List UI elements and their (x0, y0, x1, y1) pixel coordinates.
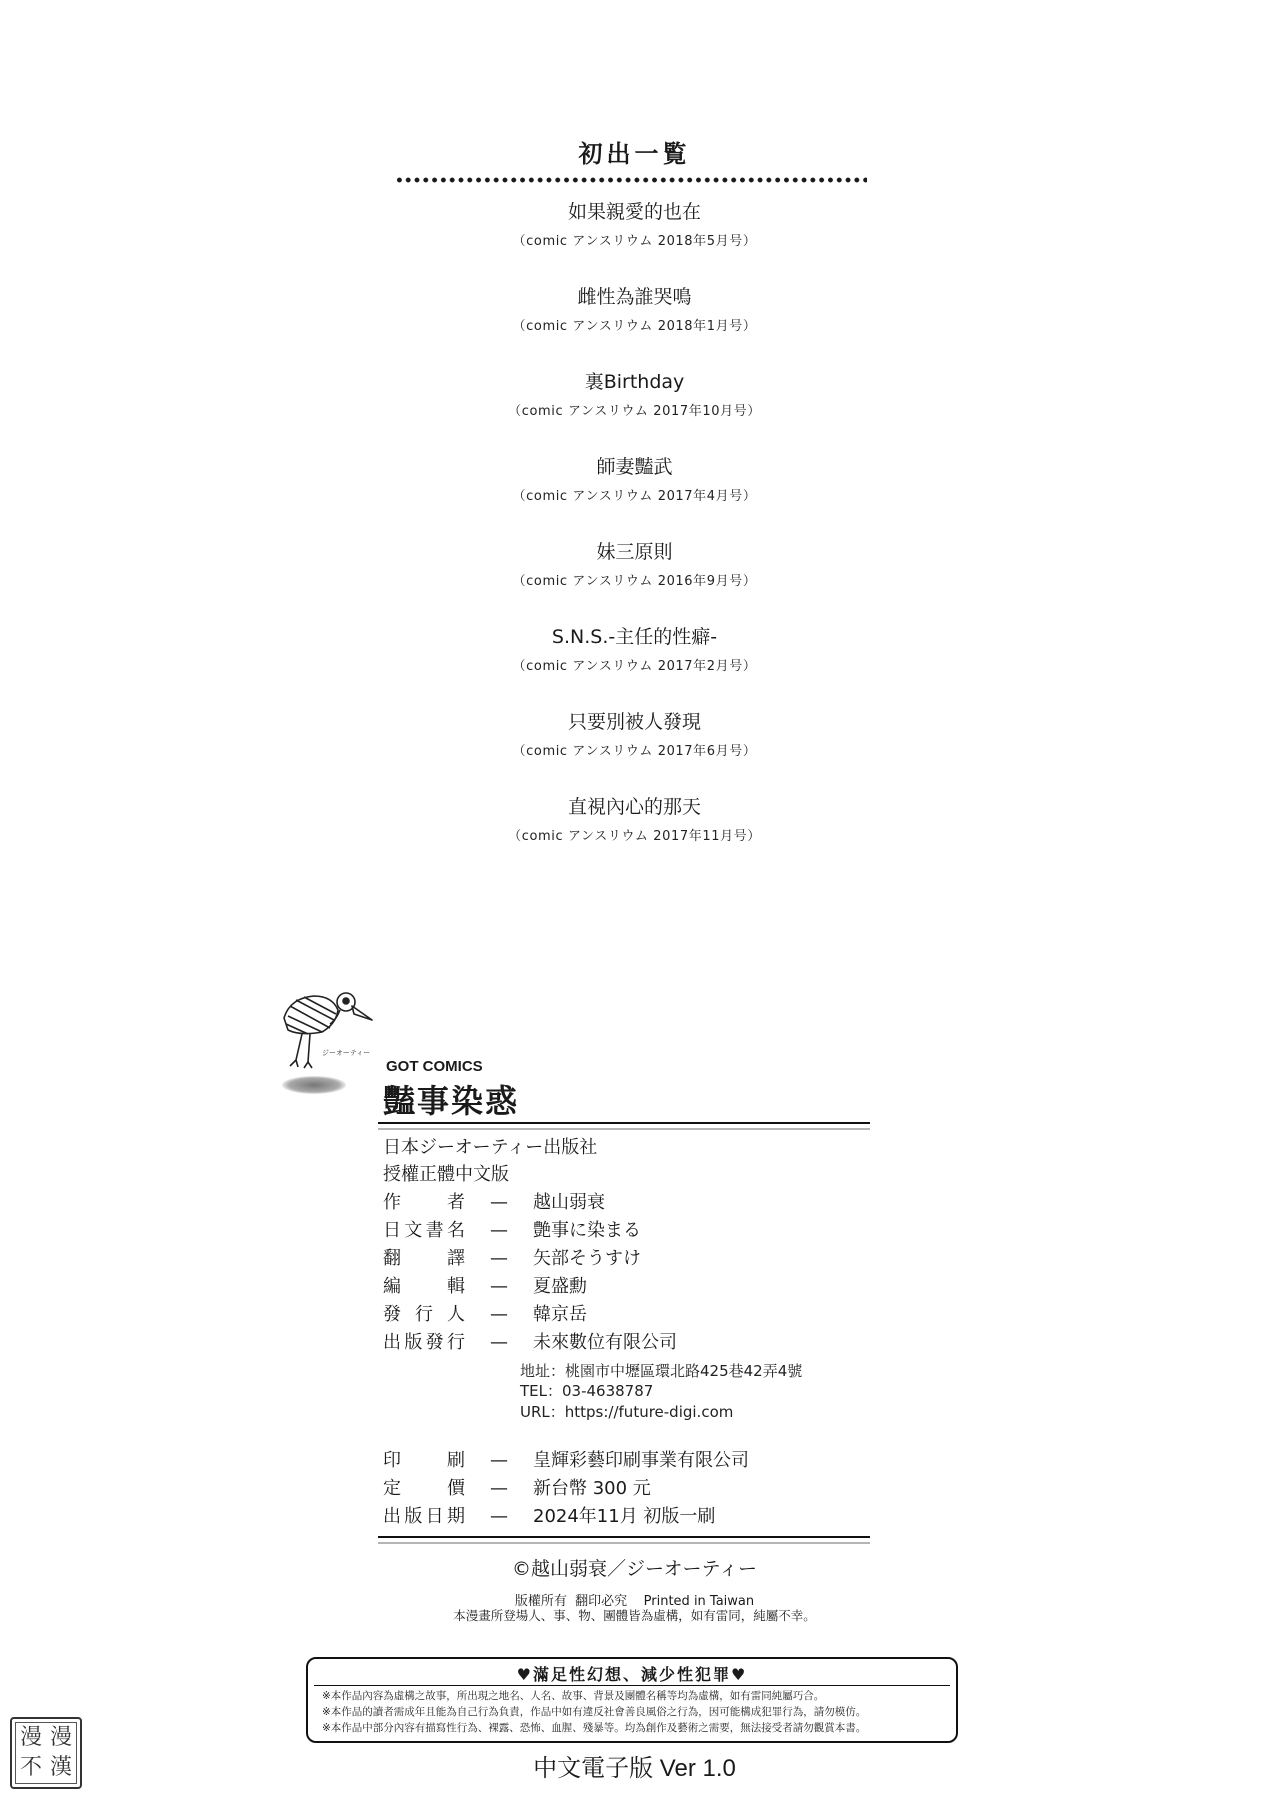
credit-row: 定價—新台幣 300 元 (383, 1478, 651, 1500)
warning-line: ※本作品中部分內容有描寫性行為、裸露、恐怖、血腥、殘暴等。均為創作及藝術之需要，… (322, 1721, 866, 1736)
appearance-entry: S.N.S.-主任的性癖- （comic アンスリウム 2017年2月号） (0, 625, 1269, 676)
version-label: 中文電子版 Ver 1.0 (0, 1748, 1269, 1783)
warning-divider (314, 1685, 950, 1686)
dotted-divider (395, 177, 867, 183)
credit-value: 韓京岳 (533, 1304, 587, 1325)
first-appearance-heading: 初出一覧 (0, 134, 1269, 169)
credit-label: 翻譯 (383, 1248, 465, 1270)
entry-title: 師妻豔武 (0, 455, 1269, 479)
seal-stamp-icon: 漫 漫 不 漢 (10, 1717, 82, 1789)
credit-value: 夏盛勳 (533, 1276, 587, 1297)
book-title: 豔事染惑 (383, 1076, 519, 1122)
copyright-line: ©越山弱衰／ジーオーティー (0, 1554, 1269, 1581)
credit-value: 艶事に染まる (533, 1220, 641, 1241)
appearance-entry: 只要別被人發現 （comic アンスリウム 2017年6月号） (0, 710, 1269, 761)
credit-dash: — (465, 1248, 533, 1270)
entry-title: 裏Birthday (0, 370, 1269, 394)
credit-dash: — (465, 1220, 533, 1242)
appearance-entry: 直視內心的那天 （comic アンスリウム 2017年11月号） (0, 795, 1269, 846)
double-divider (378, 1122, 870, 1130)
entry-title: S.N.S.-主任的性癖- (0, 625, 1269, 649)
credit-value: 未來數位有限公司 (533, 1332, 677, 1353)
entry-source: （comic アンスリウム 2017年4月号） (0, 488, 1269, 506)
credit-row: 翻譯—矢部そうすけ (383, 1248, 641, 1270)
publisher-url[interactable]: URL：https://future-digi.com (520, 1403, 733, 1421)
entry-title: 直視內心的那天 (0, 795, 1269, 819)
warning-line: ※本作品內容為虛構之故事，所出現之地名、人名、故事、背景及團體名稱等均為虛構，如… (322, 1689, 824, 1704)
credit-row: 印刷—皇輝彩藝印刷事業有限公司 (383, 1450, 749, 1472)
credit-dash: — (465, 1506, 533, 1528)
publisher-address: 地址：桃園市中壢區環北路425巷42弄4號 (520, 1362, 802, 1380)
license-note: 授權正體中文版 (383, 1164, 509, 1186)
credit-row: 出版發行—未來數位有限公司 (383, 1332, 677, 1354)
credit-value: 皇輝彩藝印刷事業有限公司 (533, 1450, 749, 1471)
entry-source: （comic アンスリウム 2017年11月号） (0, 828, 1269, 846)
warning-heading: ♥滿足性幻想、減少性犯罪♥ (308, 1662, 956, 1685)
credit-label: 出版發行 (383, 1332, 465, 1354)
entry-source: （comic アンスリウム 2018年1月号） (0, 318, 1269, 336)
entry-source: （comic アンスリウム 2018年5月号） (0, 233, 1269, 251)
publisher-tel: TEL：03-4638787 (520, 1382, 653, 1400)
fiction-disclaimer: 本漫畫所登場人、事、物、團體皆為虛構，如有雷同，純屬不幸。 (0, 1606, 1269, 1624)
credit-label: 印刷 (383, 1450, 465, 1472)
appearance-entry: 師妻豔武 （comic アンスリウム 2017年4月号） (0, 455, 1269, 506)
double-divider (378, 1536, 870, 1544)
appearance-entry: 裏Birthday （comic アンスリウム 2017年10月号） (0, 370, 1269, 421)
seal-char: 漢 (50, 1757, 72, 1779)
entry-source: （comic アンスリウム 2017年10月号） (0, 403, 1269, 421)
entry-title: 雌性為誰哭鳴 (0, 285, 1269, 309)
credit-label: 日文書名 (383, 1220, 465, 1242)
credit-label: 編輯 (383, 1276, 465, 1298)
credit-row: 發行人—韓京岳 (383, 1304, 587, 1326)
credit-dash: — (465, 1304, 533, 1326)
seal-char: 漫 (20, 1727, 42, 1749)
credit-label: 出版日期 (383, 1506, 465, 1528)
entry-title: 如果親愛的也在 (0, 200, 1269, 224)
credit-row: 出版日期—2024年11月 初版一刷 (383, 1506, 715, 1528)
credit-row: 編輯—夏盛勳 (383, 1276, 587, 1298)
credit-value: 越山弱衰 (533, 1192, 605, 1213)
credit-label: 定價 (383, 1478, 465, 1500)
entry-source: （comic アンスリウム 2017年6月号） (0, 743, 1269, 761)
credit-label: 作者 (383, 1192, 465, 1214)
logo-shadow (282, 1076, 346, 1094)
credit-value: 矢部そうすけ (533, 1248, 641, 1269)
appearance-entry: 如果親愛的也在 （comic アンスリウム 2018年5月号） (0, 200, 1269, 251)
series-label: GOT COMICS (386, 1058, 483, 1075)
credit-row: 作者—越山弱衰 (383, 1192, 605, 1214)
appearance-entry: 雌性為誰哭鳴 （comic アンスリウム 2018年1月号） (0, 285, 1269, 336)
credit-dash: — (465, 1332, 533, 1354)
entry-title: 妹三原則 (0, 540, 1269, 564)
warning-box: ♥滿足性幻想、減少性犯罪♥ ※本作品內容為虛構之故事，所出現之地名、人名、故事、… (306, 1657, 958, 1743)
entry-source: （comic アンスリウム 2016年9月号） (0, 573, 1269, 591)
entry-source: （comic アンスリウム 2017年2月号） (0, 658, 1269, 676)
publisher-jp: 日本ジーオーティー出版社 (383, 1137, 597, 1159)
credit-dash: — (465, 1478, 533, 1500)
warning-line: ※本作品的讀者需成年且能為自己行為負責，作品中如有違反社會善良風俗之行為，因可能… (322, 1705, 866, 1720)
credit-dash: — (465, 1192, 533, 1214)
credit-value: 2024年11月 初版一刷 (533, 1506, 715, 1527)
entry-title: 只要別被人發現 (0, 710, 1269, 734)
credit-dash: — (465, 1276, 533, 1298)
seal-char: 不 (20, 1757, 42, 1779)
seal-char: 漫 (50, 1727, 72, 1749)
appearance-entry: 妹三原則 （comic アンスリウム 2016年9月号） (0, 540, 1269, 591)
credit-dash: — (465, 1450, 533, 1472)
logo-caption: ジーオーティー (322, 1048, 370, 1058)
credit-value: 新台幣 300 元 (533, 1478, 651, 1499)
credit-label: 發行人 (383, 1304, 465, 1326)
credit-row: 日文書名—艶事に染まる (383, 1220, 641, 1242)
